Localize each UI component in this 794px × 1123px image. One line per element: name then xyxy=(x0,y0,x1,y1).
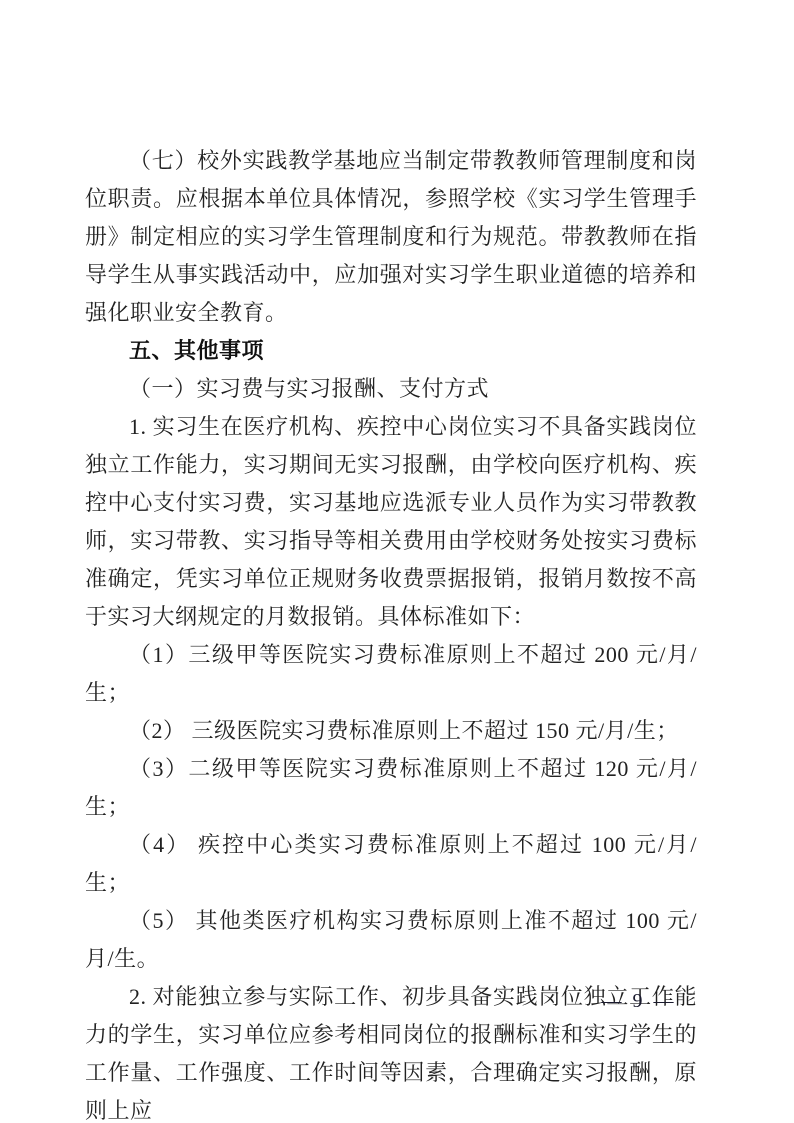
fee-standard-item-2: （2） 三级医院实习费标准原则上不超过 150 元/月/生； xyxy=(85,712,697,750)
section-heading-other-matters: 五、其他事项 xyxy=(85,332,697,370)
fee-standard-item-4: （4） 疾控中心类实习费标准原则上不超过 100 元/月/生； xyxy=(85,826,697,902)
fee-standard-item-1: （1）三级甲等医院实习费标准原则上不超过 200 元/月/生； xyxy=(85,636,697,712)
fee-standard-item-3: （3）二级甲等医院实习费标准原则上不超过 120 元/月/生； xyxy=(85,750,697,826)
paragraph-fee-rules: 1. 实习生在医疗机构、疾控中心岗位实习不具备实践岗位独立工作能力，实习期间无实… xyxy=(85,408,697,636)
page-number: — 9 — xyxy=(602,990,677,1012)
subsection-heading-fees-and-pay: （一）实习费与实习报酬、支付方式 xyxy=(85,370,697,408)
document-page: （七）校外实践教学基地应当制定带教教师管理制度和岗位职责。应根据本单位具体情况，… xyxy=(0,0,794,1123)
page-footer: — 9 — xyxy=(558,988,720,1014)
paragraph-item-7: （七）校外实践教学基地应当制定带教教师管理制度和岗位职责。应根据本单位具体情况，… xyxy=(85,142,697,332)
fee-standard-item-5: （5） 其他类医疗机构实习费标原则上准不超过 100 元/月/生。 xyxy=(85,902,697,978)
page-content: （七）校外实践教学基地应当制定带教教师管理制度和岗位职责。应根据本单位具体情况，… xyxy=(85,142,697,1123)
